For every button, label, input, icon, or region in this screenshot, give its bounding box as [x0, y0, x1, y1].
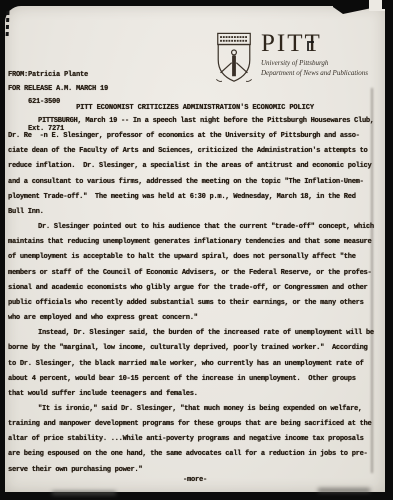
scanned-press-release: { "document": { "from_label": "FROM:", "… [0, 0, 393, 500]
scan-smudge [52, 491, 116, 495]
pitt-wordmark: PITT [261, 32, 368, 56]
scan-mark [307, 41, 314, 51]
body-line: Dr. Slesinger pointed out to his audienc… [8, 220, 382, 235]
body-line: ployment Trade-off." The meeting was hel… [8, 190, 382, 205]
body-line: members or staff of the Council of Econo… [8, 266, 382, 281]
body-line: about 4 percent, would bear 10-15 percen… [8, 372, 382, 387]
body-line: PITTSBURGH, March 19 -- In a speech last… [8, 114, 382, 129]
body-line: that would suffer include teenagers and … [8, 387, 382, 402]
more-marker: -more- [5, 476, 385, 484]
body-line: altar of price stability. ...While anti-… [8, 432, 382, 447]
org-department: Department of News and Publications [261, 69, 368, 79]
body-line: "It is ironic," said Dr. Slesinger, "tha… [8, 402, 382, 417]
body-line: borne by the "marginal, low income, cult… [8, 341, 382, 356]
body-line: of unemployment is acceptable to halt th… [8, 250, 382, 265]
body-line: who are employed and who express great c… [8, 311, 382, 326]
body-line: and a consultant to various firms, addre… [8, 175, 382, 190]
body-text: PITTSBURGH, March 19 -- In a speech last… [8, 114, 382, 478]
from-label: FROM: [8, 71, 28, 80]
body-line: public officials who recently added subs… [8, 296, 382, 311]
release-line: FOR RELEASE A.M. MARCH 19 [8, 85, 108, 93]
body-line: reduce inflation. Dr. Slesinger, a speci… [8, 159, 382, 174]
contact-name: Patricia Plante [28, 71, 88, 80]
headline: PITT ECONOMIST CRITICIZES ADMINISTRATION… [5, 104, 385, 112]
body-line: Bull Inn. [8, 205, 382, 220]
page-edge-shadow [371, 88, 373, 473]
body-line: maintains that reducing unemployment gen… [8, 235, 382, 250]
body-line: ciate dean of the Faculty of Arts and Sc… [8, 144, 382, 159]
press-release-page: FROM: Patricia Plante 621-3500 Ext. 7271 [5, 6, 385, 492]
body-line: training and manpower development progra… [8, 417, 382, 432]
scan-smudge [318, 488, 370, 493]
body-line: Instead, Dr. Slesinger said, the burden … [8, 326, 382, 341]
pitt-logo: PITT University of Pittsburgh Department… [215, 32, 368, 84]
body-line: are being espoused on the one hand, the … [8, 447, 382, 462]
university-shield-icon [215, 32, 253, 84]
corner-notch [382, 0, 393, 9]
org-name: University of Pittsburgh [261, 59, 368, 69]
body-line: to Dr. Slesinger, the black married male… [8, 357, 382, 372]
body-line: sional and academic economists who glibl… [8, 281, 382, 296]
body-line: Dr. Re -n E. Slesinger, professor of eco… [8, 129, 382, 144]
